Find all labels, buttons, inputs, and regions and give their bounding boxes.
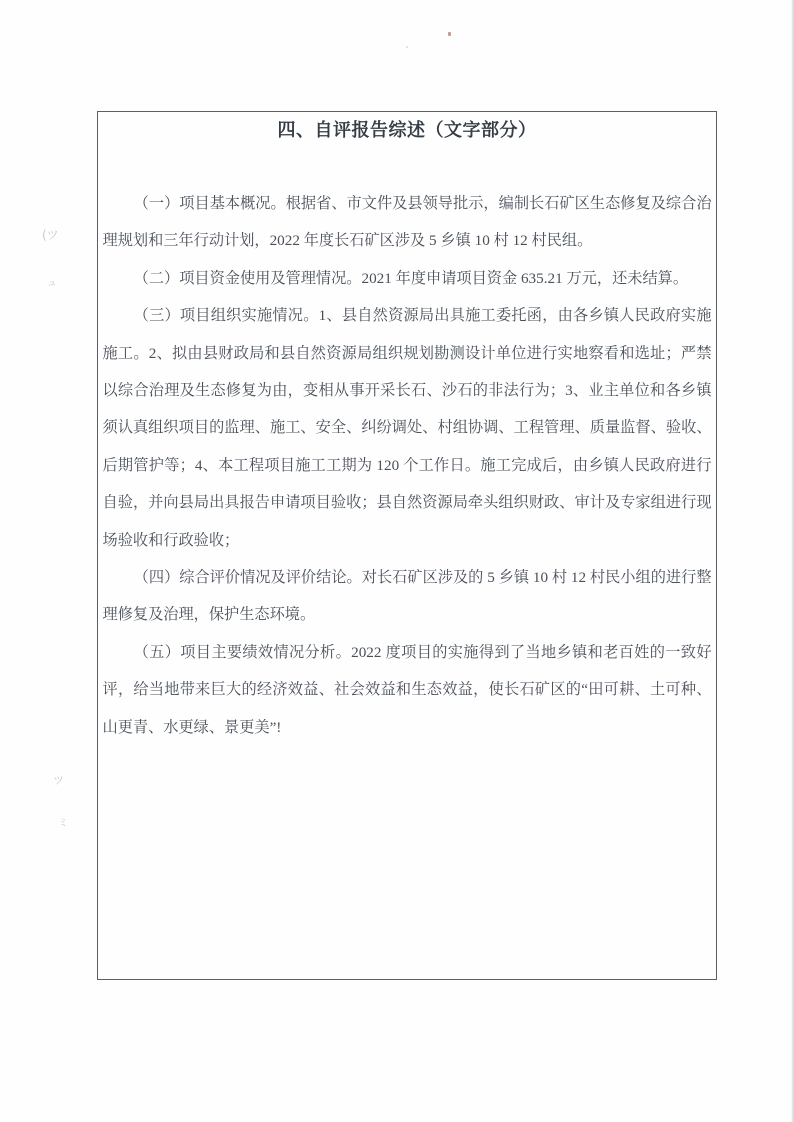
scan-artifact: ツ	[53, 772, 64, 788]
scan-artifact: ミ	[58, 814, 68, 829]
scan-speck	[448, 32, 451, 36]
scan-speck	[406, 46, 408, 48]
report-body: （一）项目基本概况。根据省、市文件及县领导批示，编制长石矿区生态修复及综合治理规…	[98, 185, 716, 746]
scan-artifact: ュ	[47, 274, 57, 289]
paragraph-evaluation-conclusion: （四）综合评价情况及评价结论。对长石矿区涉及的 5 乡镇 10 村 12 村民小…	[103, 559, 712, 634]
paragraph-performance-analysis: （五）项目主要绩效情况分析。2022 度项目的实施得到了当地乡镇和老百姓的一致好…	[103, 634, 712, 746]
scanned-page: (ツ ュ ツ ミ 四、自评报告综述（文字部分） （一）项目基本概况。根据省、市文…	[0, 0, 794, 1122]
paragraph-implementation: （三）项目组织实施情况。1、县自然资源局出具施工委托函，由各乡镇人民政府实施施工…	[103, 297, 712, 559]
report-border-box: 四、自评报告综述（文字部分） （一）项目基本概况。根据省、市文件及县领导批示，编…	[97, 111, 717, 980]
paragraph-funds-usage: （二）项目资金使用及管理情况。2021 年度申请项目资金 635.21 万元，还…	[103, 260, 712, 297]
paragraph-project-overview: （一）项目基本概况。根据省、市文件及县领导批示，编制长石矿区生态修复及综合治理规…	[103, 185, 712, 260]
page-title: 四、自评报告综述（文字部分）	[98, 112, 716, 143]
scan-artifact: (ツ	[42, 226, 59, 243]
